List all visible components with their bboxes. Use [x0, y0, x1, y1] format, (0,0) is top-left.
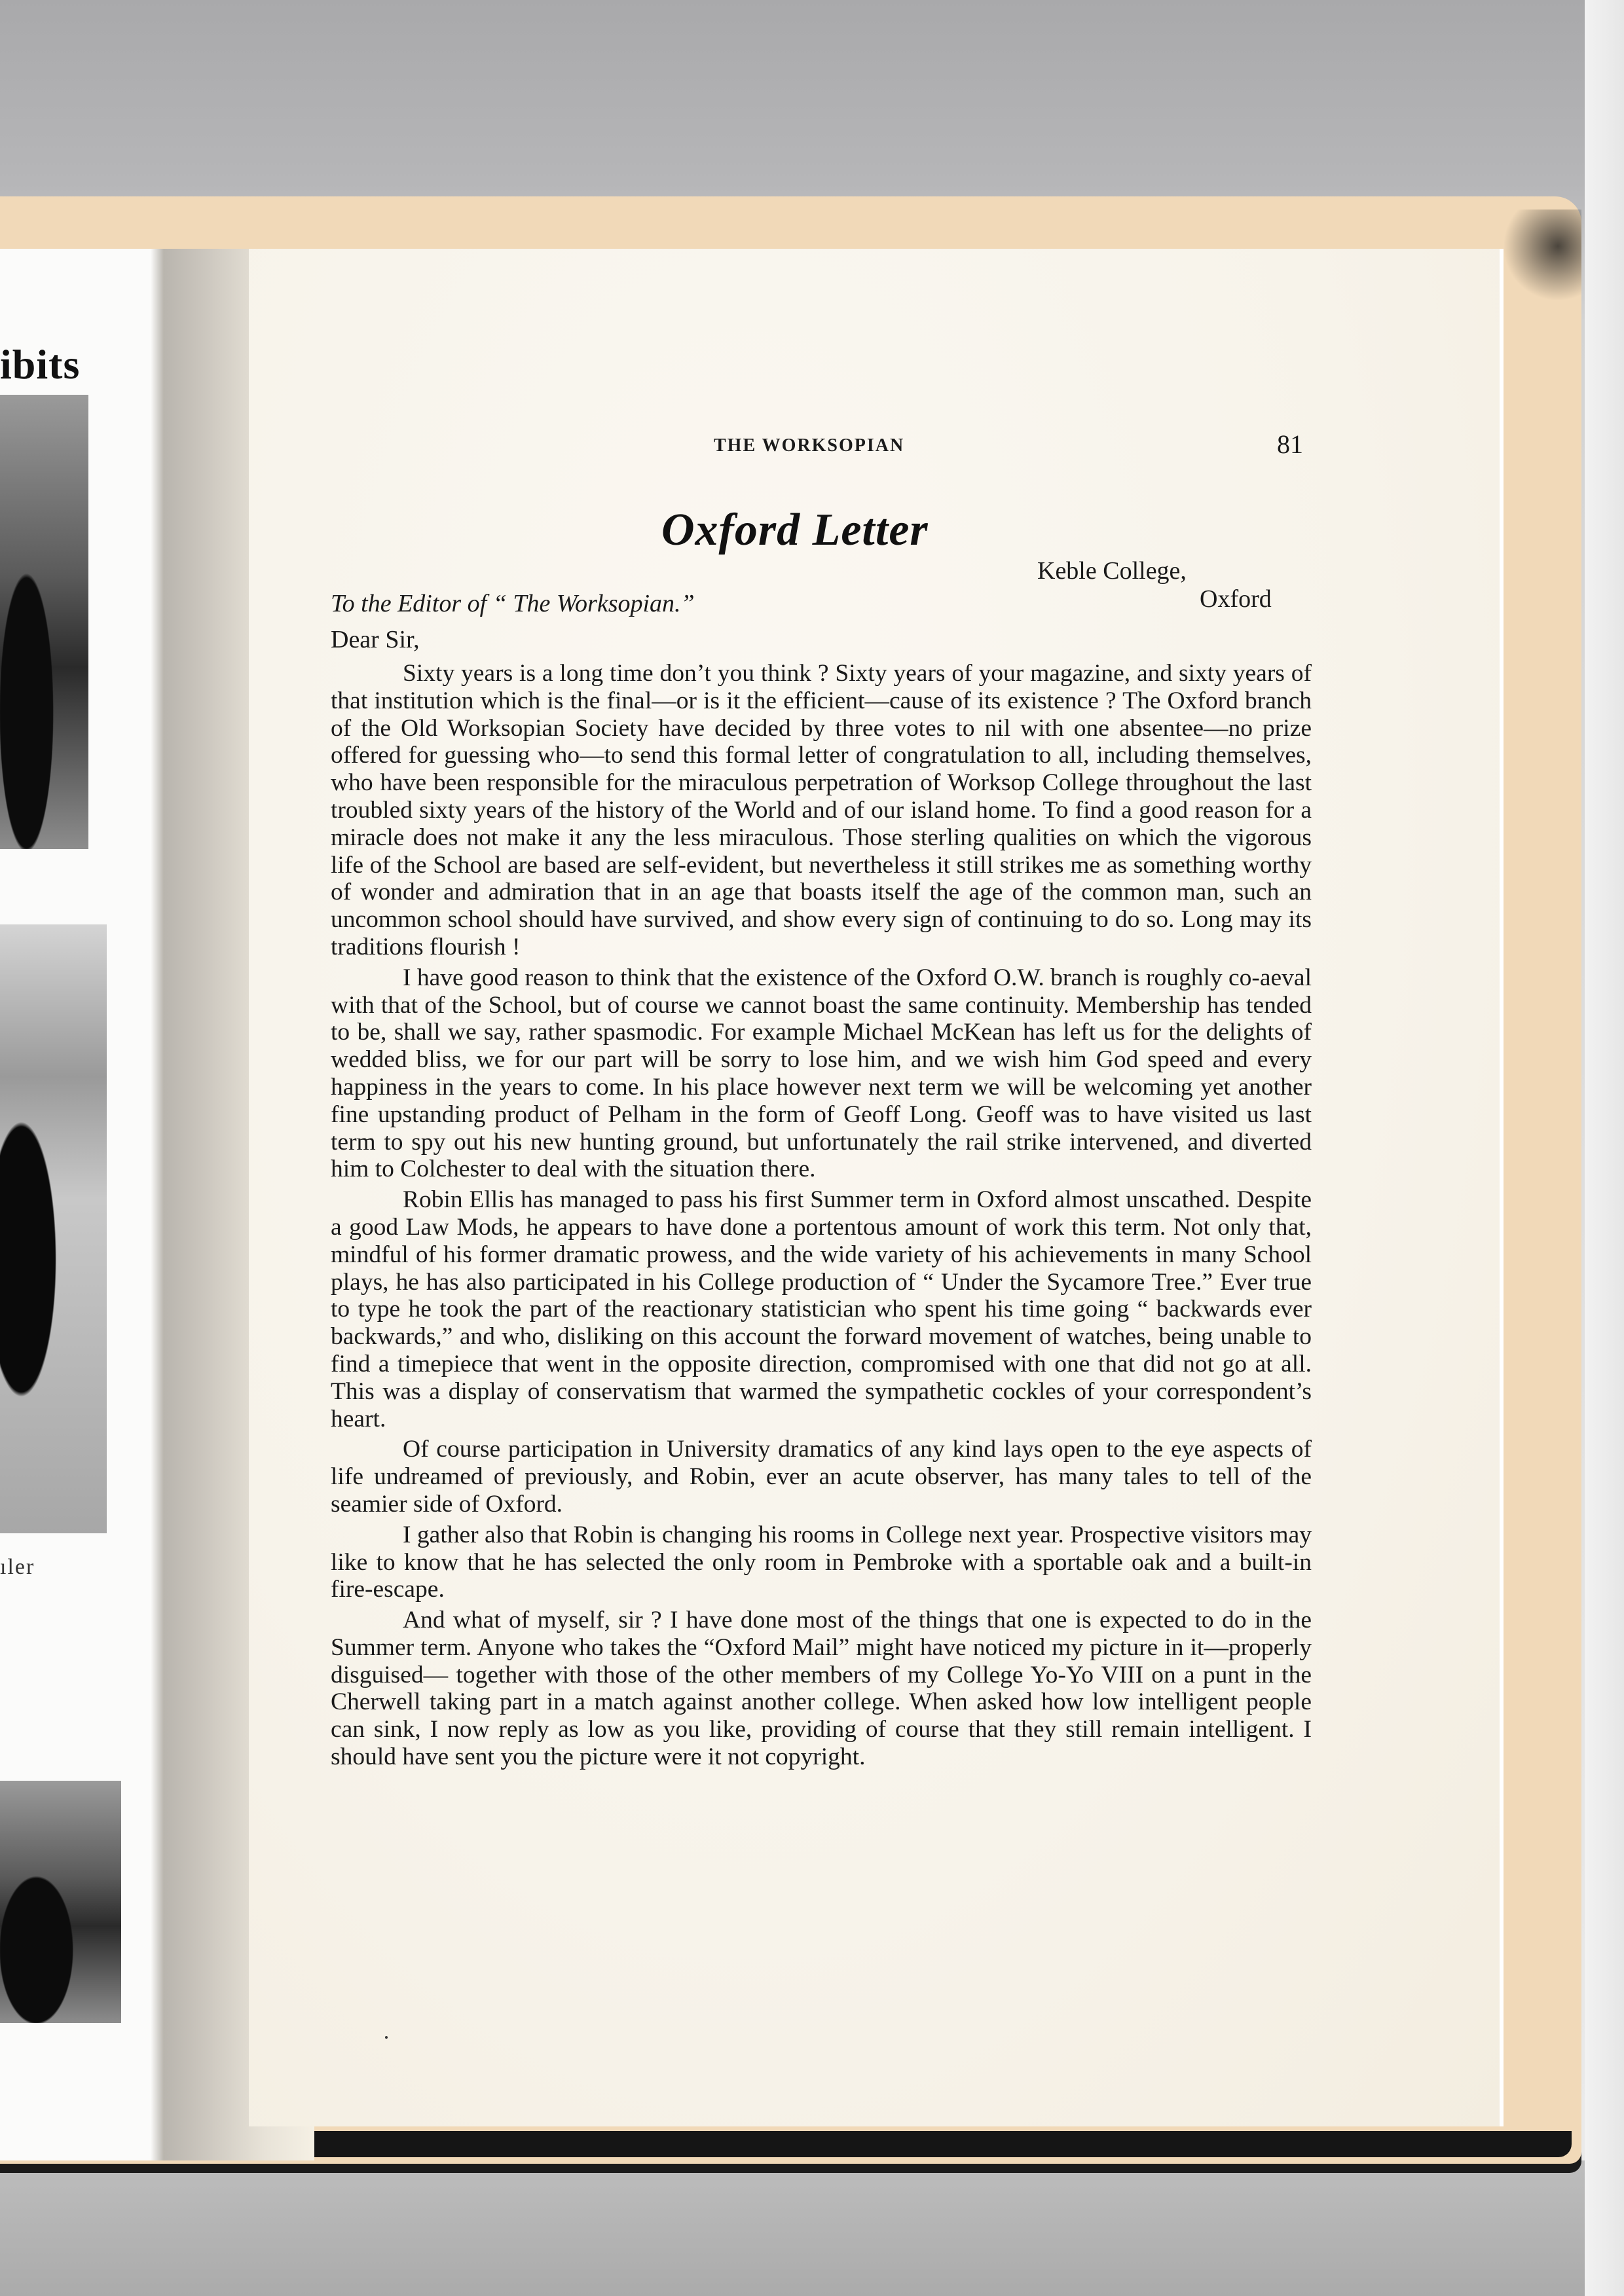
sender-address-line-2: Oxford	[1200, 585, 1272, 613]
left-photo-motorcycle	[0, 395, 88, 849]
letter-body: Sixty years is a long time don’t you thi…	[331, 660, 1312, 1774]
paragraph-oxford-branch: I have good reason to think that the exi…	[331, 964, 1312, 1183]
left-page-heading-fragment: ibits	[0, 340, 80, 389]
print-speck	[385, 2036, 388, 2039]
left-photo-motorcycle-2	[0, 1781, 121, 2023]
paragraph-myself: And what of myself, sir ? I have done mo…	[331, 1607, 1312, 1771]
left-photo-building-figure	[0, 924, 107, 1533]
paragraph-robin-ellis: Robin Ellis has managed to pass his firs…	[331, 1186, 1312, 1432]
paragraph-sixty-years: Sixty years is a long time don’t you thi…	[331, 660, 1312, 961]
scanner-background-bottom	[0, 2160, 1624, 2296]
paragraph-dramatics: Of course participation in University dr…	[331, 1436, 1312, 1518]
article-title: Oxford Letter	[661, 504, 929, 556]
sender-address-line-1: Keble College,	[1037, 556, 1187, 585]
salutation-recipient: To the Editor of “ The Worksopian.”	[331, 589, 695, 618]
salutation-greeting: Dear Sir,	[331, 625, 420, 654]
running-head: THE WORKSOPIAN	[714, 435, 904, 456]
paragraph-rooms: I gather also that Robin is changing his…	[331, 1522, 1312, 1603]
left-photo-caption-fragment: ıler	[0, 1555, 35, 1580]
scanner-background-right	[1585, 0, 1624, 2296]
page-number: 81	[1277, 429, 1303, 460]
